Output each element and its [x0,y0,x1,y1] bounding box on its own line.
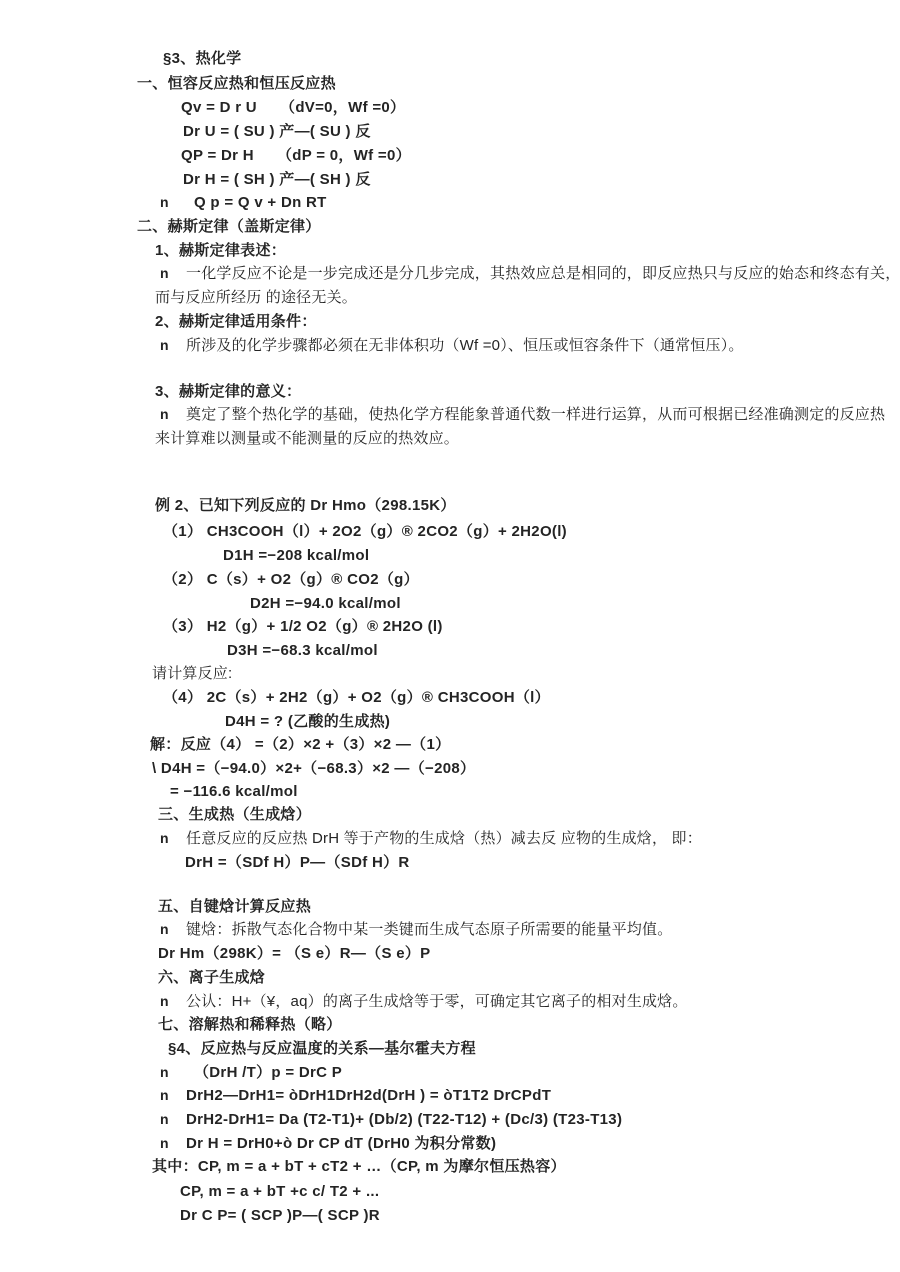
line-text: DrH2-DrH1= Da (T2-T1)+ (Db/2) (T22-T12) … [186,1111,622,1128]
line-text: 3、赫斯定律的意义： [155,383,301,400]
text-line: nDr H = DrH0+ò Dr CP dT (DrH0 为积分常数) [160,1134,496,1153]
line-text: 所涉及的化学步骤都必须在无非体积功（Wf =0）、恒压或恒容条件下（通常恒压）。 [186,337,744,354]
text-line: 请计算反应: [152,664,232,683]
text-line: = −116.6 kcal/mol [170,782,298,801]
line-text: （3） H2（g）+ 1/2 O2（g）® 2H2O (l) [163,618,443,635]
text-line: 七、溶解热和稀释热（略） [158,1015,342,1034]
text-line: （1） CH3COOH（l）+ 2O2（g）® 2CO2（g）+ 2H2O(l) [163,522,567,541]
text-line: nQ p = Q v + Dn RT [160,193,327,212]
bullet-marker: n [160,829,186,848]
line-text: Qv = D r U （dV=0，Wf =0） [181,99,405,116]
text-line: nDrH2—DrH1= òDrH1DrH2d(DrH ) = òT1T2 DrC… [160,1086,551,1105]
document-page: §3、热化学一、恒容反应热和恒压反应热Qv = D r U （dV=0，Wf =… [0,0,900,1272]
text-line: 二、赫斯定律（盖斯定律） [137,217,321,236]
bullet-marker: n [160,193,194,212]
text-line: 五、自键焓计算反应热 [158,897,311,916]
text-line: 来计算难以测量或不能测量的反应的热效应。 [155,429,459,448]
text-line: 2、赫斯定律适用条件： [155,312,317,331]
text-line: n任意反应的反应热 DrH 等于产物的生成焓（热）减去反 应物的生成焓， 即： [160,829,702,848]
text-line: （4） 2C（s）+ 2H2（g）+ O2（g）® CH3COOH（l） [163,688,550,707]
text-line: n键焓：拆散气态化合物中某一类键而生成气态原子所需要的能量平均值。 [160,920,672,939]
line-text: （1） CH3COOH（l）+ 2O2（g）® 2CO2（g）+ 2H2O(l) [163,523,567,540]
line-text: D4H = ? (乙酸的生成热) [225,713,390,730]
text-line: n所涉及的化学步骤都必须在无非体积功（Wf =0）、恒压或恒容条件下（通常恒压）… [160,336,744,355]
text-line: Dr C P= ( SCP )P—( SCP )R [180,1206,380,1225]
text-line: Dr H = ( SH ) 产—( SH ) 反 [183,170,371,189]
line-text: （DrH /T）p = DrC P [194,1064,342,1081]
text-line: Dr U = ( SU ) 产—( SU ) 反 [183,122,371,141]
text-line: D2H =−94.0 kcal/mol [250,594,401,613]
line-text: Q p = Q v + Dn RT [194,194,327,211]
line-text: QP = Dr H （dP = 0，Wf =0） [181,147,411,164]
line-text: 一、恒容反应热和恒压反应热 [137,75,336,92]
line-text: Dr H = ( SH ) 产—( SH ) 反 [183,171,371,188]
bullet-marker: n [160,336,186,355]
bullet-marker: n [160,1063,194,1082]
line-text: D2H =−94.0 kcal/mol [250,595,401,612]
text-line: 一、恒容反应热和恒压反应热 [137,74,336,93]
line-text: = −116.6 kcal/mol [170,783,298,800]
line-text: 键焓：拆散气态化合物中某一类键而生成气态原子所需要的能量平均值。 [186,921,672,938]
text-line: §3、热化学 [163,49,242,68]
text-line: 六、离子生成焓 [158,968,265,987]
line-text: 一化学反应不论是一步完成还是分几步完成，其热效应总是相同的，即反应热只与反应的始… [186,265,900,282]
line-text: 来计算难以测量或不能测量的反应的热效应。 [155,430,459,447]
line-text: 五、自键焓计算反应热 [158,898,311,915]
line-text: 公认：H+（¥，aq）的离子生成焓等于零，可确定其它离子的相对生成焓。 [186,993,688,1010]
line-text: 任意反应的反应热 DrH 等于产物的生成焓（热）减去反 应物的生成焓， 即： [186,830,702,847]
text-line: D1H =−208 kcal/mol [223,546,369,565]
text-line: \ D4H =（−94.0）×2+（−68.3）×2 —（−208） [152,759,475,778]
line-text: D1H =−208 kcal/mol [223,547,369,564]
line-text: 而与反应所经历 的途径无关。 [155,289,357,306]
text-line: DrH =（SDf H）P—（SDf H）R [185,853,410,872]
text-line: CP, m = a + bT +c c/ T2 + ... [180,1182,379,1201]
text-line: 其中：CP, m = a + bT + cT2 + …（CP, m 为摩尔恒压热… [152,1157,566,1176]
bullet-marker: n [160,1134,186,1153]
text-line: n奠定了整个热化学的基础，使热化学方程能象普通代数一样进行运算，从而可根据已经准… [160,405,885,424]
text-line: 三、生成热（生成焓） [158,805,311,824]
line-text: \ D4H =（−94.0）×2+（−68.3）×2 —（−208） [152,760,475,777]
bullet-marker: n [160,992,186,1011]
text-line: Dr Hm（298K）= （S e）R—（S e）P [158,944,430,963]
line-text: 1、赫斯定律表述： [155,242,286,259]
text-line: （3） H2（g）+ 1/2 O2（g）® 2H2O (l) [163,617,443,636]
line-text: §3、热化学 [163,50,242,67]
line-text: DrH =（SDf H）P—（SDf H）R [185,854,410,871]
bullet-marker: n [160,1086,186,1105]
bullet-marker: n [160,264,186,283]
text-line: n一化学反应不论是一步完成还是分几步完成，其热效应总是相同的，即反应热只与反应的… [160,264,900,283]
text-line: n公认：H+（¥，aq）的离子生成焓等于零，可确定其它离子的相对生成焓。 [160,992,688,1011]
line-text: D3H =−68.3 kcal/mol [227,642,378,659]
line-text: Dr H = DrH0+ò Dr CP dT (DrH0 为积分常数) [186,1135,496,1152]
text-line: nDrH2-DrH1= Da (T2-T1)+ (Db/2) (T22-T12)… [160,1110,622,1129]
bullet-marker: n [160,1110,186,1129]
line-text: DrH2—DrH1= òDrH1DrH2d(DrH ) = òT1T2 DrCP… [186,1087,551,1104]
line-text: 奠定了整个热化学的基础，使热化学方程能象普通代数一样进行运算，从而可根据已经准确… [186,406,885,423]
line-text: CP, m = a + bT +c c/ T2 + ... [180,1183,379,1200]
line-text: （2） C（s）+ O2（g）® CO2（g） [163,571,419,588]
line-text: Dr Hm（298K）= （S e）R—（S e）P [158,945,430,962]
line-text: 请计算反应: [152,665,232,682]
line-text: 其中：CP, m = a + bT + cT2 + …（CP, m 为摩尔恒压热… [152,1158,566,1175]
text-line: 例 2、已知下列反应的 Dr Hmo（298.15K） [155,496,456,515]
text-line: 3、赫斯定律的意义： [155,382,301,401]
line-text: Dr U = ( SU ) 产—( SU ) 反 [183,123,371,140]
line-text: 解：反应（4） =（2）×2 +（3）×2 —（1） [150,736,450,753]
line-text: Dr C P= ( SCP )P—( SCP )R [180,1207,380,1224]
text-line: §4、反应热与反应温度的关系—基尔霍夫方程 [168,1039,476,1058]
line-text: 例 2、已知下列反应的 Dr Hmo（298.15K） [155,497,456,514]
line-text: 二、赫斯定律（盖斯定律） [137,218,321,235]
line-text: §4、反应热与反应温度的关系—基尔霍夫方程 [168,1040,476,1057]
line-text: 七、溶解热和稀释热（略） [158,1016,342,1033]
line-text: 六、离子生成焓 [158,969,265,986]
text-line: 1、赫斯定律表述： [155,241,286,260]
text-line: n（DrH /T）p = DrC P [160,1063,342,1082]
text-line: Qv = D r U （dV=0，Wf =0） [181,98,405,117]
text-line: （2） C（s）+ O2（g）® CO2（g） [163,570,419,589]
line-text: 三、生成热（生成焓） [158,806,311,823]
text-line: 解：反应（4） =（2）×2 +（3）×2 —（1） [150,735,450,754]
text-line: D4H = ? (乙酸的生成热) [225,712,390,731]
text-line: QP = Dr H （dP = 0，Wf =0） [181,146,411,165]
bullet-marker: n [160,920,186,939]
line-text: （4） 2C（s）+ 2H2（g）+ O2（g）® CH3COOH（l） [163,689,550,706]
bullet-marker: n [160,405,186,424]
text-line: D3H =−68.3 kcal/mol [227,641,378,660]
line-text: 2、赫斯定律适用条件： [155,313,317,330]
text-line: 而与反应所经历 的途径无关。 [155,288,357,307]
